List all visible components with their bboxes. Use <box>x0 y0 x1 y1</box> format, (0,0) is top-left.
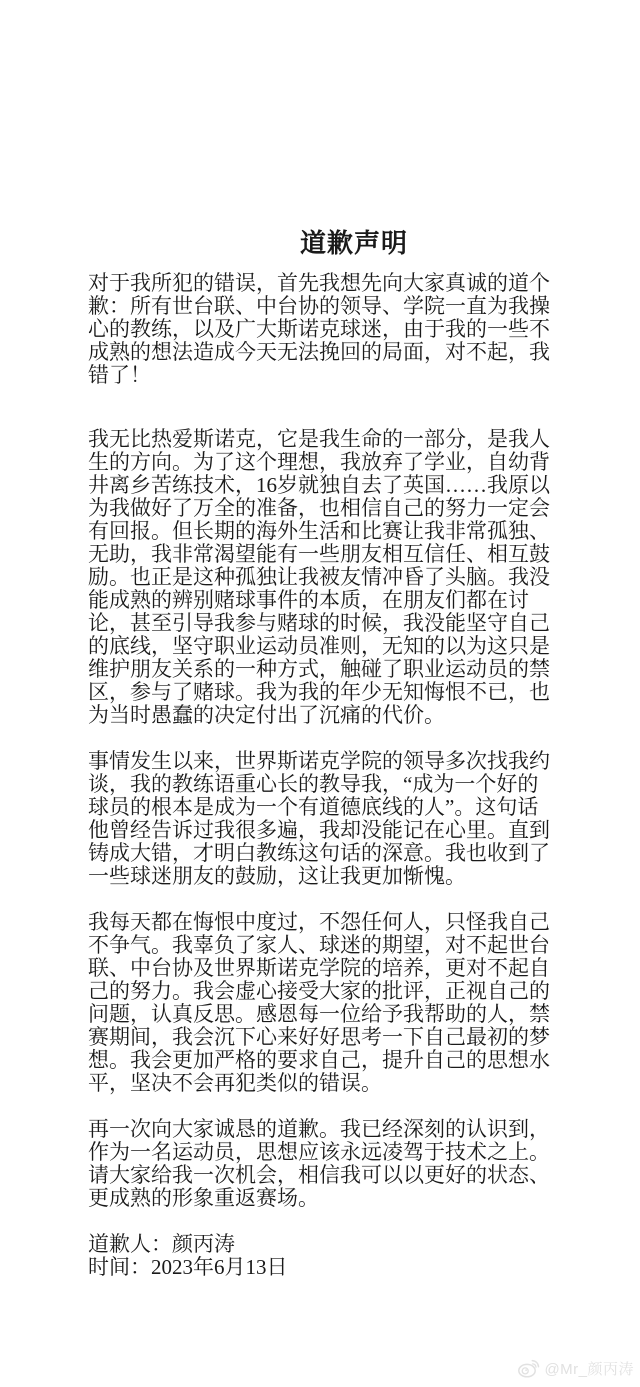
paragraph-background-and-mistake: 我无比热爱斯诺克，它是我生命的一部分，是我人生的方向。为了这个理想，我放弃了学业… <box>88 428 552 727</box>
apology-statement-page: 道歉声明 对于我所犯的错误，首先我想先向大家真诚的道个歉：所有世台联、中台协的领… <box>0 0 640 1387</box>
paragraph-academy-guidance: 事情发生以来，世界斯诺克学院的领导多次找我约谈，我的教练语重心长的教导我，“成为… <box>88 750 552 888</box>
paragraph-opening-apology: 对于我所犯的错误，首先我想先向大家真诚的道个歉：所有世台联、中台协的领导、学院一… <box>88 272 552 387</box>
date-line: 时间：2023年6月13日 <box>88 1256 552 1279</box>
weibo-logo-icon <box>517 1356 541 1380</box>
document-title: 道歉声明 <box>122 229 586 259</box>
watermark-handle: @Mr_颜丙涛 <box>544 1358 634 1379</box>
watermark: @Mr_颜丙涛 <box>517 1356 634 1380</box>
paragraph-remorse-and-reflection: 我每天都在悔恨中度过，不怨任何人，只怪我自己不争气。我辜负了家人、球迷的期望，对… <box>88 911 552 1095</box>
paragraph-final-apology: 再一次向大家诚恳的道歉。我已经深刻的认识到，作为一名运动员，思想应该永远凌驾于技… <box>88 1118 552 1210</box>
signature-block: 道歉人：颜丙涛 时间：2023年6月13日 <box>88 1233 552 1279</box>
signer-line: 道歉人：颜丙涛 <box>88 1233 552 1256</box>
document-body: 道歉声明 对于我所犯的错误，首先我想先向大家真诚的道个歉：所有世台联、中台协的领… <box>88 229 552 1279</box>
